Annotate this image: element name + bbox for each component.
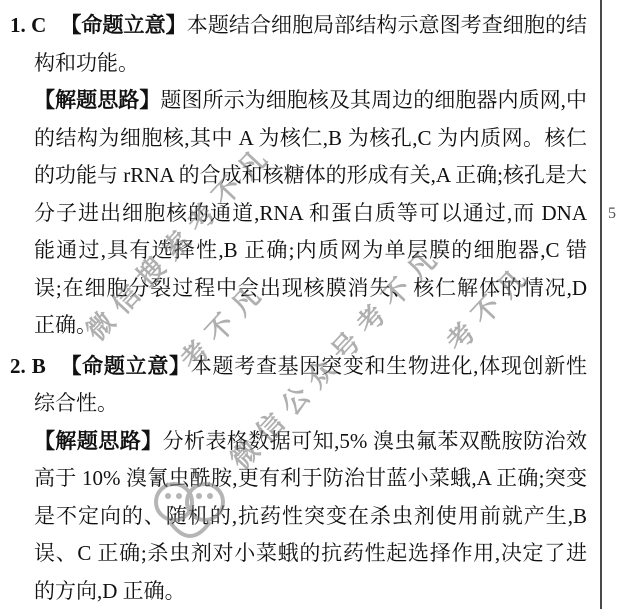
answer-line: 综合性。 bbox=[10, 385, 587, 423]
answer-text: 误;在细胞分裂过程中会出现核膜消失、核仁解体的情况,D bbox=[34, 276, 587, 300]
answer-sheet-page: { "page": { "background": "#ffffff", "te… bbox=[0, 0, 617, 609]
answer-text: 本题结合细胞局部结构示意图考查细胞的结 bbox=[187, 13, 587, 37]
answer-line: 1. C【命题立意】本题结合细胞局部结构示意图考查细胞的结 bbox=[10, 7, 587, 45]
answer-line: 正确。 bbox=[10, 307, 587, 345]
answer-text: 综合性。 bbox=[34, 391, 118, 415]
answer-line: 的方向,D 正确。 bbox=[10, 573, 587, 609]
section-tag: 【解题思路】 bbox=[34, 88, 160, 112]
answer-text: 是不定向的、随机的,抗药性突变在杀虫剂使用前就产生,B 错 bbox=[34, 504, 587, 536]
answer-number: 1. C bbox=[10, 13, 46, 37]
answer-line: 是不定向的、随机的,抗药性突变在杀虫剂使用前就产生,B 错 bbox=[10, 498, 587, 536]
answer-number: 2. B bbox=[10, 354, 46, 378]
answer-text: 误、C 正确;杀虫剂对小菜蛾的抗药性起选择作用,决定了进化 bbox=[34, 541, 587, 573]
answer-text: 分子进出细胞核的通道,RNA 和蛋白质等可以通过,而 DNA 不 bbox=[34, 201, 587, 233]
section-tag: 【解题思路】 bbox=[34, 429, 163, 453]
section-tag: 【命题立意】 bbox=[60, 354, 191, 378]
answer-line: 构和功能。 bbox=[10, 45, 587, 83]
answer-line: 2. B【命题立意】本题考查基因突变和生物进化,体现创新性和 bbox=[10, 348, 587, 386]
answer-line: 分子进出细胞核的通道,RNA 和蛋白质等可以通过,而 DNA 不 bbox=[10, 195, 587, 233]
answer-line: 误、C 正确;杀虫剂对小菜蛾的抗药性起选择作用,决定了进化 bbox=[10, 535, 587, 573]
answer-line: 误;在细胞分裂过程中会出现核膜消失、核仁解体的情况,D bbox=[10, 270, 587, 308]
answer-text: 能通过,具有选择性,B 正确;内质网为单层膜的细胞器,C 错 bbox=[34, 238, 587, 262]
section-tag: 【命题立意】 bbox=[60, 13, 187, 37]
answer-line: 的功能与 rRNA 的合成和核糖体的形成有关,A 正确;核孔是大 bbox=[10, 157, 587, 195]
answer-text: 高于 10% 溴氰虫酰胺,更有利于防治甘蓝小菜蛾,A 正确;突变 bbox=[34, 466, 587, 490]
answer-text: 正确。 bbox=[34, 313, 97, 337]
column-divider bbox=[600, 0, 602, 609]
answers-column: 1. C【命题立意】本题结合细胞局部结构示意图考查细胞的结 构和功能。 【解题思… bbox=[10, 7, 587, 609]
answer-line: 的结构为细胞核,其中 A 为核仁,B 为核孔,C 为内质网。核仁 bbox=[10, 120, 587, 158]
answer-line: 能通过,具有选择性,B 正确;内质网为单层膜的细胞器,C 错 bbox=[10, 232, 587, 270]
answer-line: 高于 10% 溴氰虫酰胺,更有利于防治甘蓝小菜蛾,A 正确;突变 bbox=[10, 460, 587, 498]
answer-text: 的方向,D 正确。 bbox=[34, 579, 186, 603]
answer-text: 的功能与 rRNA 的合成和核糖体的形成有关,A 正确;核孔是大 bbox=[34, 163, 587, 187]
answer-text: 的结构为细胞核,其中 A 为核仁,B 为核孔,C 为内质网。核仁 bbox=[34, 126, 587, 150]
page-edge-mark: 5 bbox=[608, 202, 617, 226]
answer-line: 【解题思路】分析表格数据可知,5% 溴虫氟苯双酰胺防治效率 bbox=[10, 423, 587, 461]
answer-text: 构和功能。 bbox=[34, 51, 139, 75]
answer-line: 【解题思路】题图所示为细胞核及其周边的细胞器内质网,中间 bbox=[10, 82, 587, 120]
